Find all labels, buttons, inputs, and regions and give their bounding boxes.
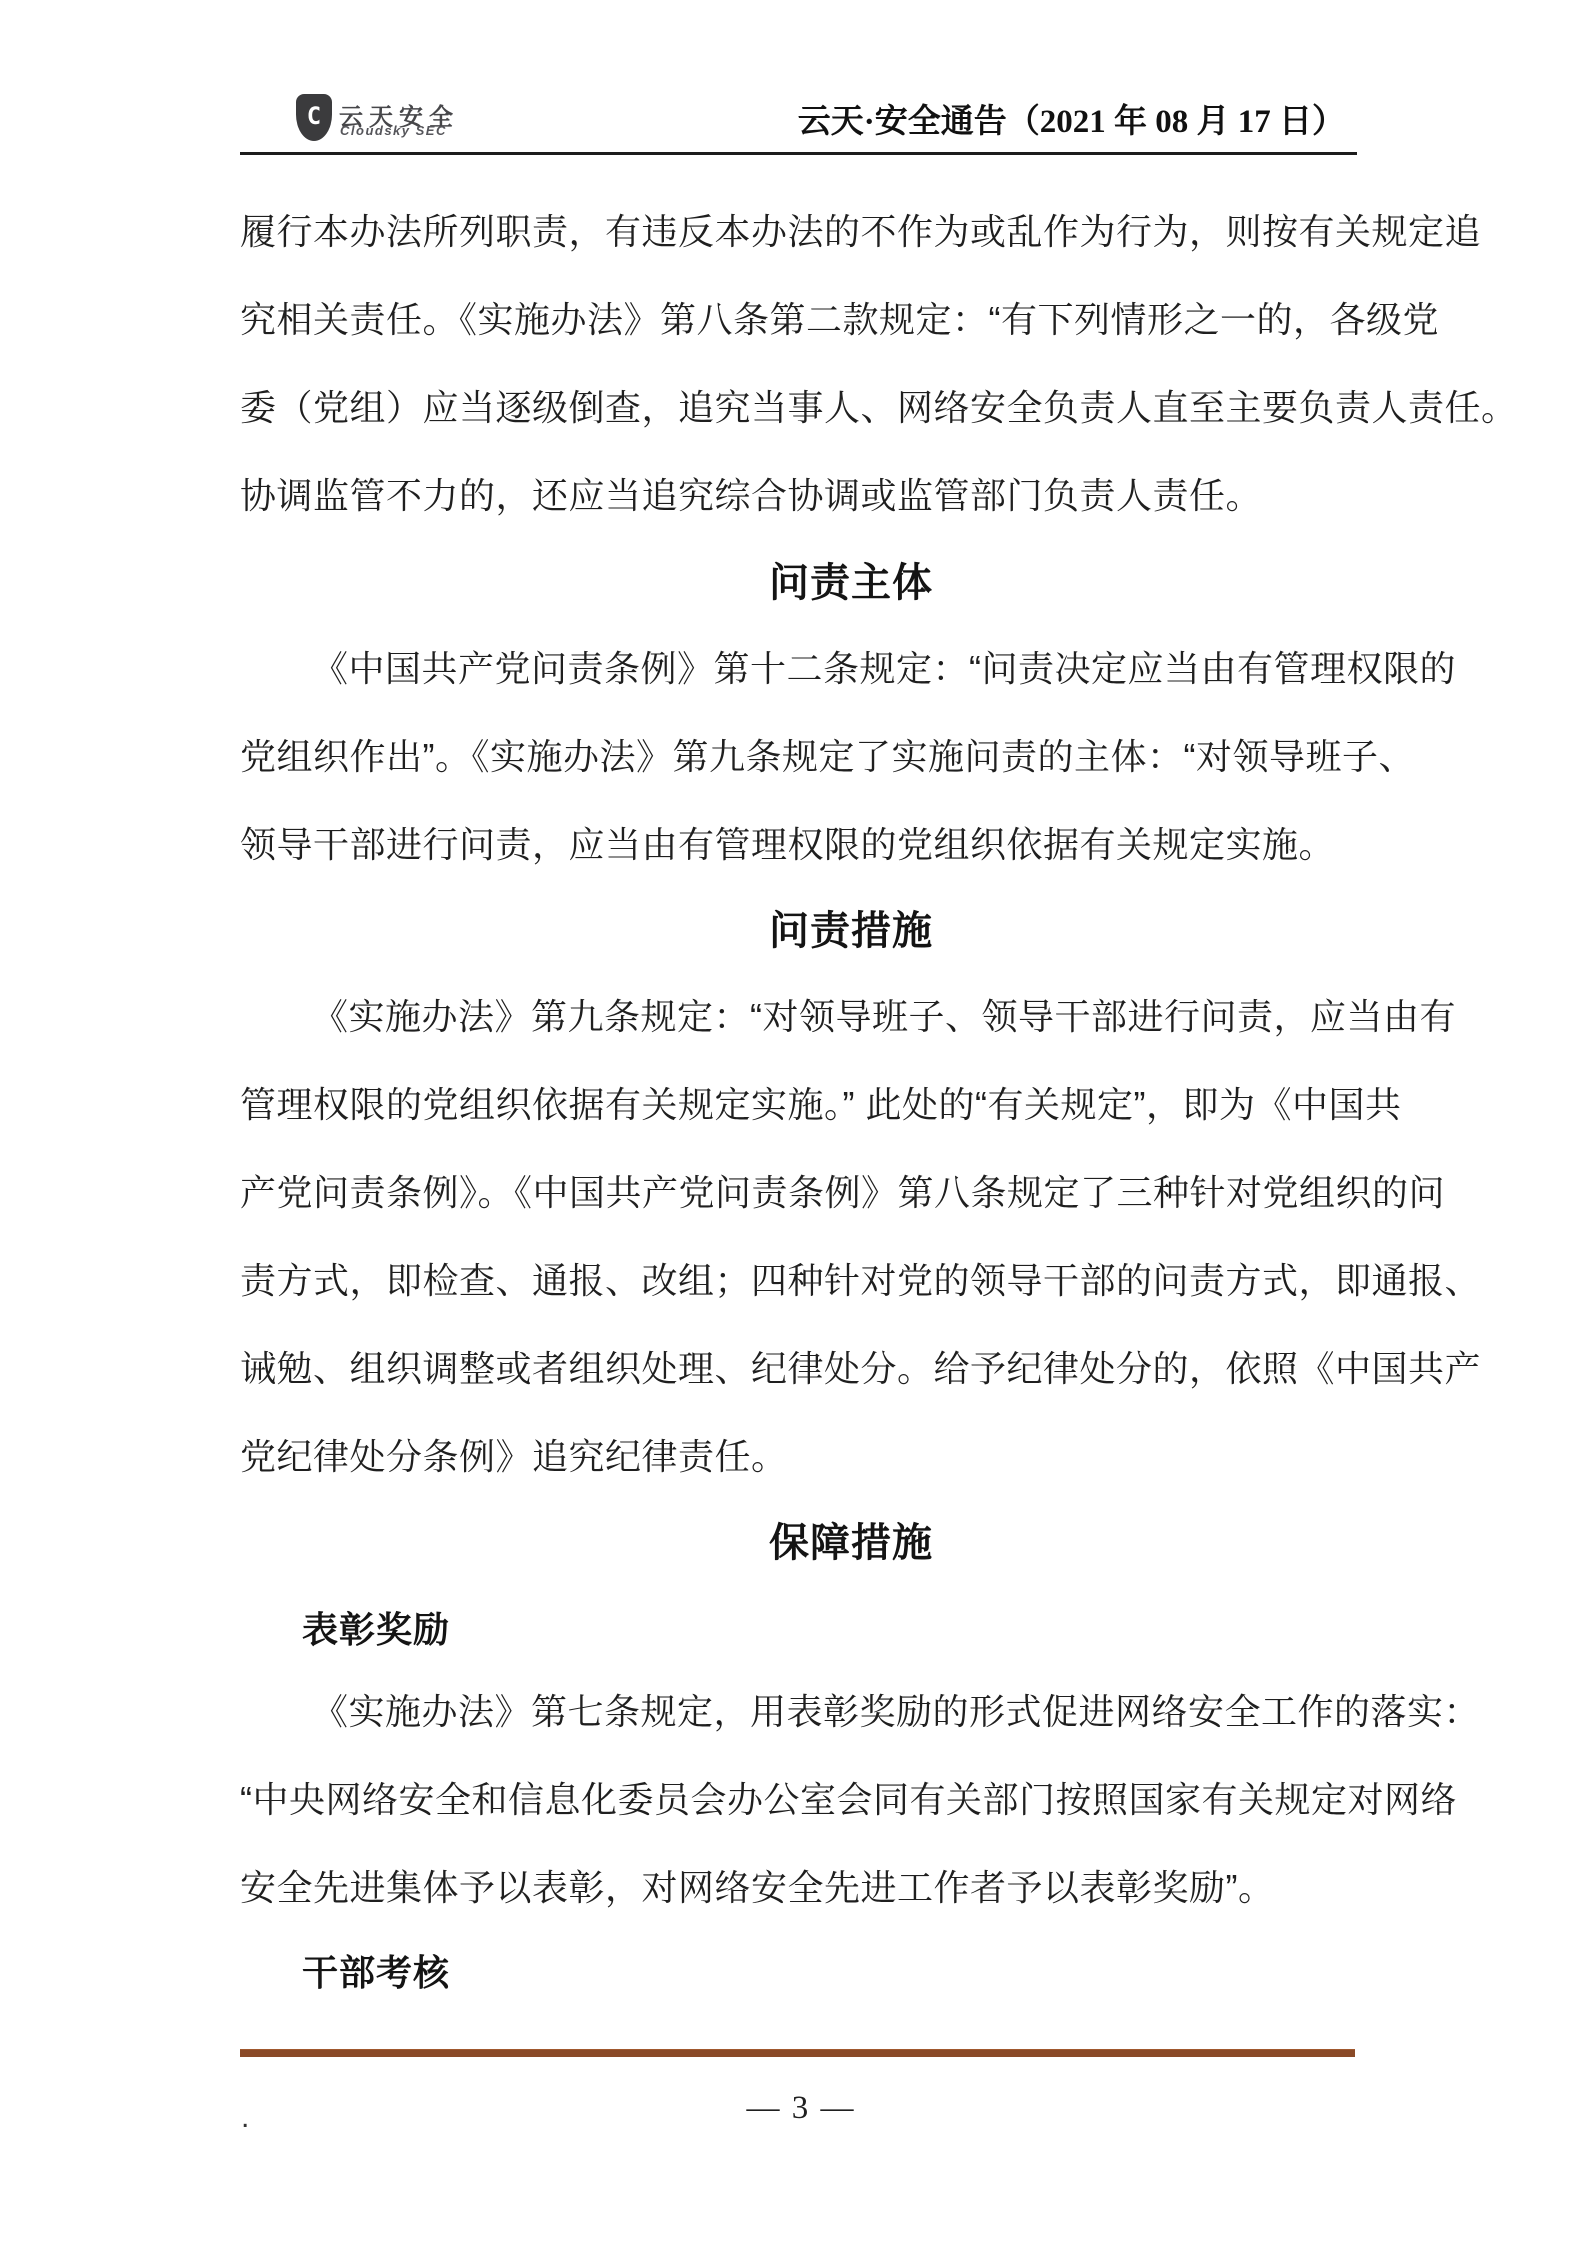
logo-shield-icon: C xyxy=(296,94,332,141)
logo-name-en: Cloudsky SEC xyxy=(340,123,447,138)
logo-shield-letter: C xyxy=(307,104,321,128)
section-heading-accountability-measures: 问责措施 xyxy=(240,889,1412,973)
paragraph-1: 履行本办法所列职责，有违反本办法的不作为或乱作为行为，则按有关规定追 究相关责任… xyxy=(240,188,1362,540)
header-rule xyxy=(240,152,1357,155)
page-number: — 3 — xyxy=(240,2086,1362,2130)
text-line: 究相关责任。《实施办法》第八条第二款规定：“有下列情形之一的，各级党 xyxy=(240,276,1362,364)
text-line: 《实施办法》第七条规定，用表彰奖励的形式促进网络安全工作的落实： xyxy=(240,1668,1362,1756)
bulletin-title: 云天·安全通告（2021 年 08 月 17 日） xyxy=(798,104,1345,140)
text-line: “中央网络安全和信息化委员会办公室会同有关部门按照国家有关规定对网络 xyxy=(240,1756,1362,1844)
text-line: 党组织作出”。《实施办法》第九条规定了实施问责的主体：“对领导班子、 xyxy=(240,713,1362,801)
text-line: 履行本办法所列职责，有违反本办法的不作为或乱作为行为，则按有关规定追 xyxy=(240,188,1362,276)
section-heading-safeguard-measures: 保障措施 xyxy=(240,1501,1412,1585)
text-line: 领导干部进行问责，应当由有管理权限的党组织依据有关规定实施。 xyxy=(240,801,1362,889)
text-line: 管理权限的党组织依据有关规定实施。” 此处的“有关规定”，即为《中国共 xyxy=(240,1061,1362,1149)
footer-rule xyxy=(240,2049,1355,2057)
section-heading-accountability-subject: 问责主体 xyxy=(240,541,1412,625)
text-line: 《中国共产党问责条例》第十二条规定：“问责决定应当由有管理权限的 xyxy=(240,625,1362,713)
text-line: 安全先进集体予以表彰，对网络安全先进工作者予以表彰奖励”。 xyxy=(240,1844,1362,1932)
text-line: 产党问责条例》。《中国共产党问责条例》第八条规定了三种针对党组织的问 xyxy=(240,1149,1362,1237)
paragraph-4: 《实施办法》第七条规定，用表彰奖励的形式促进网络安全工作的落实： “中央网络安全… xyxy=(240,1668,1362,1932)
document-page: C 云天安全 Cloudsky SEC 云天·安全通告（2021 年 08 月 … xyxy=(0,0,1587,2245)
text-line: 党纪律处分条例》追究纪律责任。 xyxy=(240,1413,1362,1501)
subheading-commendation-reward: 表彰奖励 xyxy=(240,1607,1424,1653)
subheading-cadre-assessment: 干部考核 xyxy=(240,1950,1424,1996)
paragraph-2: 《中国共产党问责条例》第十二条规定：“问责决定应当由有管理权限的 党组织作出”。… xyxy=(240,625,1362,889)
text-line: 责方式，即检查、通报、改组；四种针对党的领导干部的问责方式，即通报、 xyxy=(240,1237,1362,1325)
text-line: 诫勉、组织调整或者组织处理、纪律处分。给予纪律处分的，依照《中国共产 xyxy=(240,1325,1362,1413)
text-line: 协调监管不力的，还应当追究综合协调或监管部门负责人责任。 xyxy=(240,452,1362,540)
text-line: 委（党组）应当逐级倒查，追究当事人、网络安全负责人直至主要负责人责任。 xyxy=(240,364,1362,452)
text-line: 《实施办法》第九条规定：“对领导班子、领导干部进行问责，应当由有 xyxy=(240,973,1362,1061)
paragraph-3: 《实施办法》第九条规定：“对领导班子、领导干部进行问责，应当由有 管理权限的党组… xyxy=(240,973,1362,1501)
